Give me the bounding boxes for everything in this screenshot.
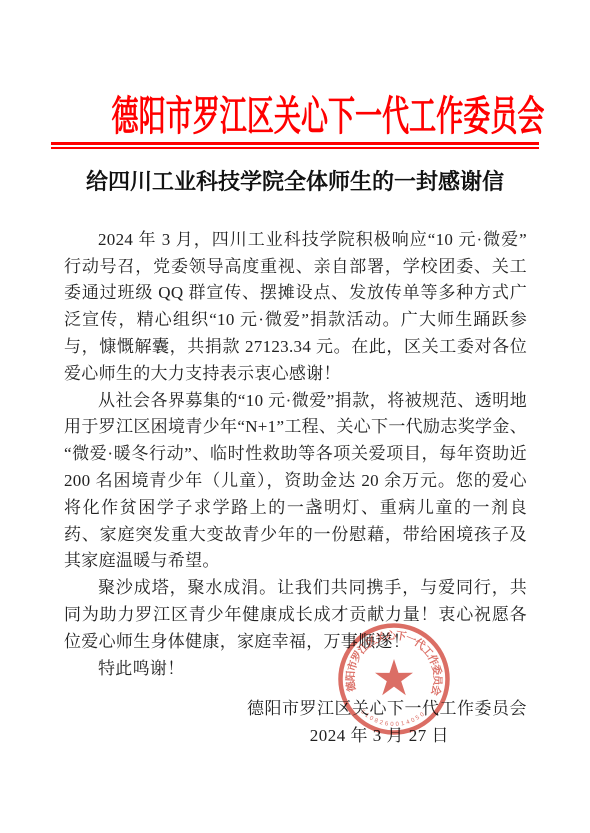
paragraph-1: 2024 年 3 月，四川工业科技学院积极响应“10 元·微爱”行动号召，党委领… <box>64 227 527 388</box>
letterhead-org-title: 德阳市罗江区关心下一代工作委员会 <box>112 94 545 138</box>
letterhead: 德阳市罗江区关心下一代工作委员会 <box>0 94 590 138</box>
signature-block: 德阳市罗江区关心下一代工作委员会 2024 年 3 月 27 日 <box>64 696 527 750</box>
letterhead-double-rule <box>51 142 539 149</box>
letter-title: 给四川工业科技学院全体师生的一封感谢信 <box>0 168 590 197</box>
signature-org: 德阳市罗江区关心下一代工作委员会 <box>64 696 527 723</box>
paragraph-3: 聚沙成塔，聚水成涓。让我们共同携手，与爱同行，共同为助力罗江区青少年健康成长成才… <box>64 575 527 655</box>
paragraph-2: 从社会各界募集的“10 元·微爱”捐款，将被规范、透明地用于罗江区困境青少年“N… <box>64 388 527 576</box>
letter-body: 2024 年 3 月，四川工业科技学院积极响应“10 元·微爱”行动号召，党委领… <box>64 227 527 683</box>
letter-page: 德阳市罗江区关心下一代工作委员会 给四川工业科技学院全体师生的一封感谢信 202… <box>0 0 590 833</box>
paragraph-closing: 特此鸣谢！ <box>64 656 527 683</box>
signature-date: 2024 年 3 月 27 日 <box>64 723 527 750</box>
